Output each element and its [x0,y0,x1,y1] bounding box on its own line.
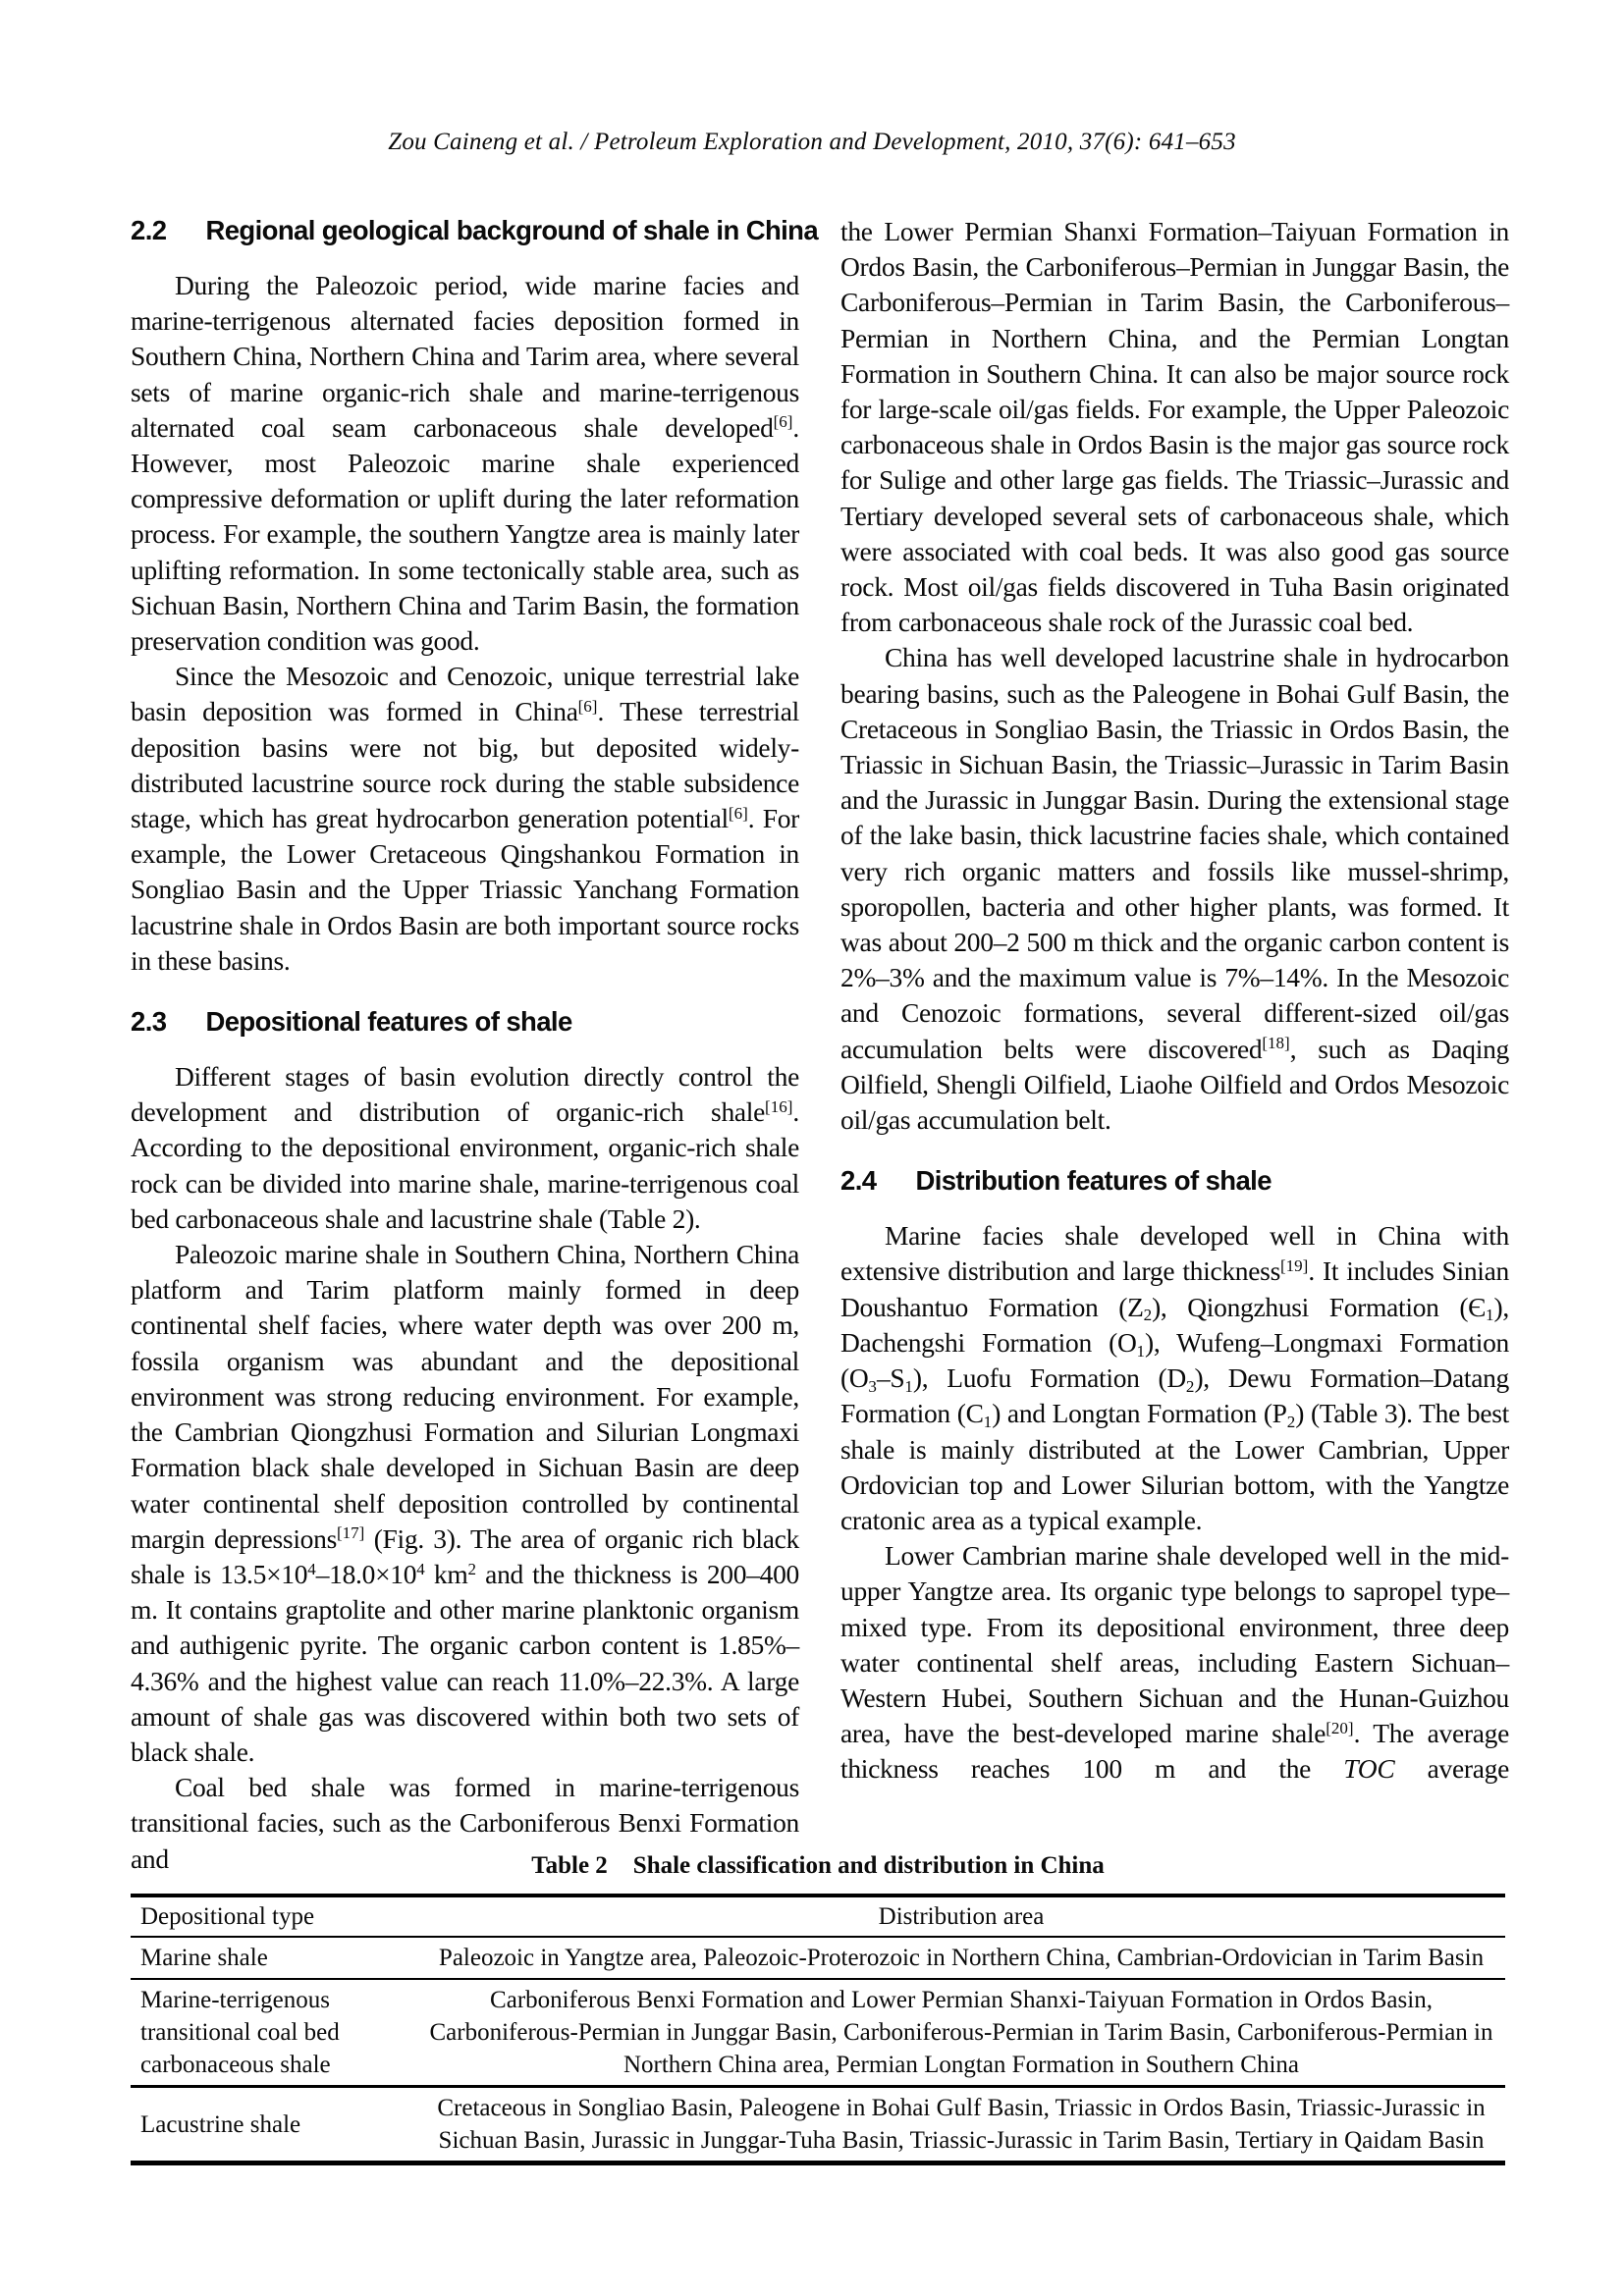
section-title: Distribution features of shale [915,1165,1271,1196]
running-head-text: Zou Caineng et al. / Petroleum Explorati… [388,129,1236,155]
paragraph: During the Paleozoic period, wide marine… [131,268,799,659]
table-caption-title: Shale classification and distribution in… [633,1852,1105,1879]
table-row: Lacustrine shale Cretaceous in Songliao … [131,2087,1505,2163]
paper-page: Zou Caineng et al. / Petroleum Explorati… [0,0,1624,2296]
cell-distribution-area: Cretaceous in Songliao Basin, Paleogene … [417,2087,1505,2163]
left-column: 2.2Regional geological background of sha… [131,214,799,1877]
cell-depositional-type: Lacustrine shale [131,2087,417,2163]
paragraph: China has well developed lacustrine shal… [840,640,1509,1138]
shale-classification-table: Depositional type Distribution area Mari… [131,1894,1505,2165]
section-title: Regional geological background of shale … [205,215,818,245]
cell-depositional-type: Marine shale [131,1937,417,1979]
table-row: Marine-terrigenous transitional coal bed… [131,1979,1505,2087]
section-heading-2-3: 2.3Depositional features of shale [131,1005,799,1039]
table-row: Marine shale Paleozoic in Yangtze area, … [131,1937,1505,1979]
paragraph: Marine facies shale developed well in Ch… [840,1218,1509,1538]
table-header-row: Depositional type Distribution area [131,1896,1505,1937]
paragraph: Lower Cambrian marine shale developed we… [840,1538,1509,1787]
section-title: Depositional features of shale [205,1006,571,1037]
running-head: Zou Caineng et al. / Petroleum Explorati… [0,128,1624,157]
column-header-depositional-type: Depositional type [131,1896,417,1937]
paragraph: Paleozoic marine shale in Southern China… [131,1237,799,1770]
paragraph: the Lower Permian Shanxi Formation–Taiyu… [840,214,1509,640]
paragraph: Different stages of basin evolution dire… [131,1059,799,1237]
section-number: 2.2 [131,215,166,245]
column-header-distribution-area: Distribution area [417,1896,1505,1937]
section-heading-2-2: 2.2Regional geological background of sha… [131,214,799,247]
paragraph: Since the Mesozoic and Cenozoic, unique … [131,659,799,979]
cell-distribution-area: Paleozoic in Yangtze area, Paleozoic-Pro… [417,1937,1505,1979]
table2-block: Table 2Shale classification and distribu… [131,1851,1505,2165]
section-number: 2.3 [131,1006,166,1037]
table2-caption: Table 2Shale classification and distribu… [131,1851,1505,1881]
right-column: the Lower Permian Shanxi Formation–Taiyu… [840,214,1509,1788]
cell-distribution-area: Carboniferous Benxi Formation and Lower … [417,1979,1505,2087]
section-number: 2.4 [840,1165,876,1196]
cell-depositional-type: Marine-terrigenous transitional coal bed… [131,1979,417,2087]
section-heading-2-4: 2.4Distribution features of shale [840,1164,1509,1198]
table-caption-label: Table 2 [531,1852,608,1879]
